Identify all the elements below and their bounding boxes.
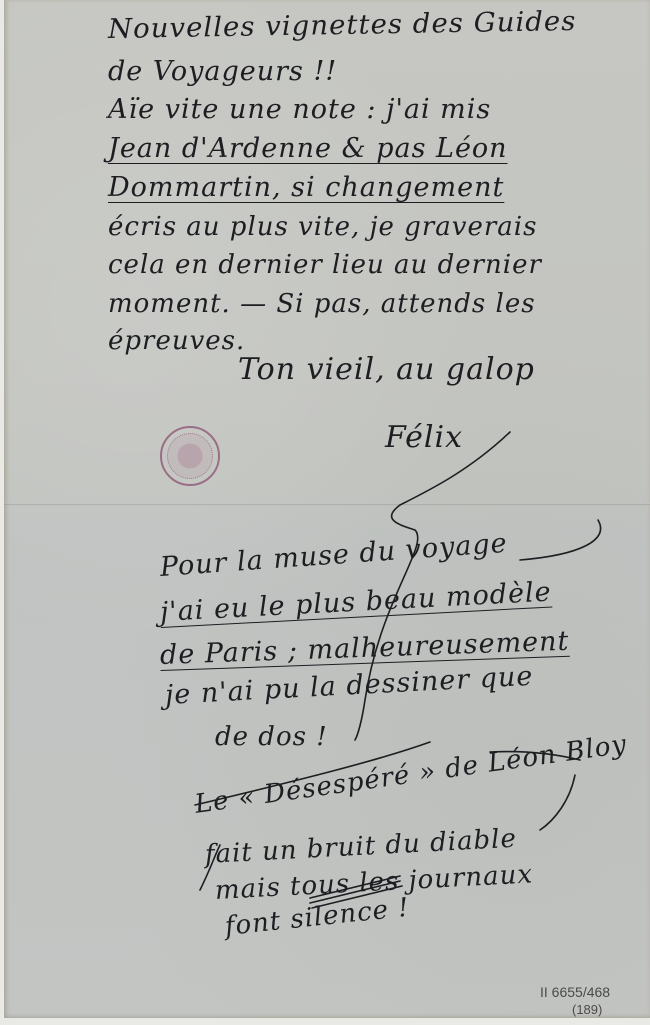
shelfmark-line-1: II 6655/468 xyxy=(540,984,610,1000)
shelfmark-line-2: (189) xyxy=(572,1002,602,1017)
pen-flourishes xyxy=(0,0,650,1025)
